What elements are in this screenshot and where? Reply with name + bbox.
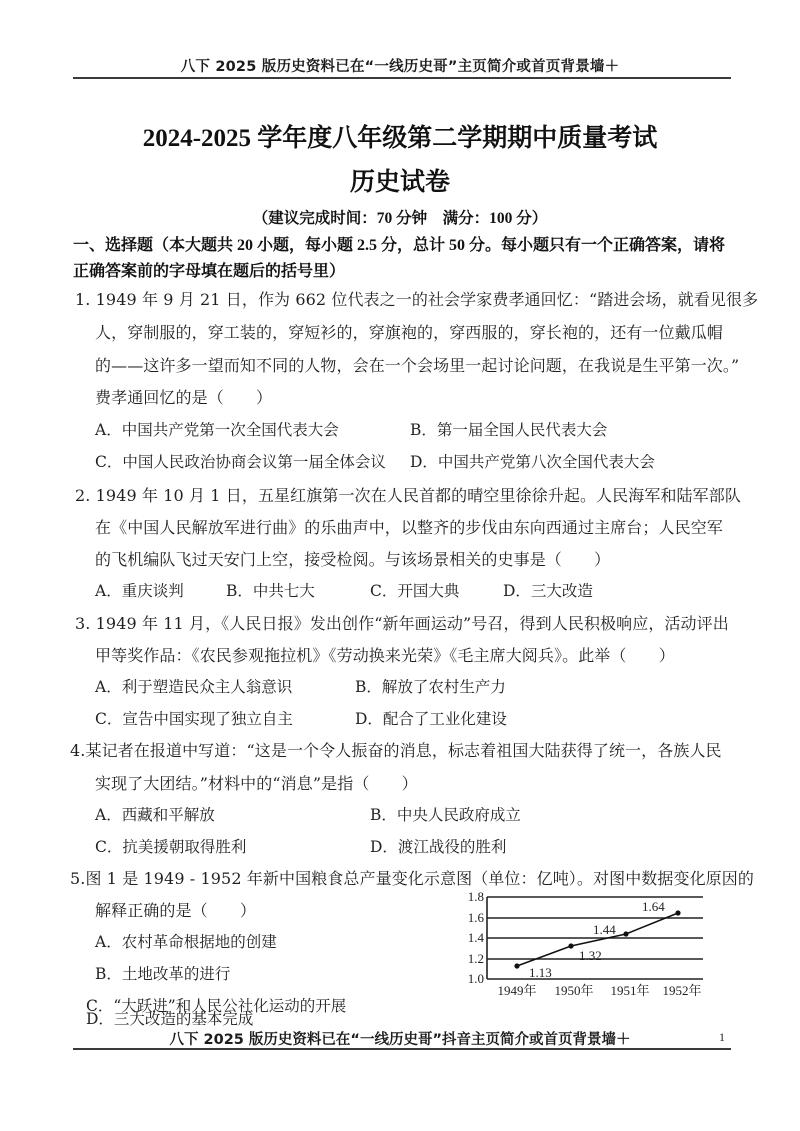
question-text-line: 解释正确的是（ ） — [95, 898, 256, 921]
question-text-line: 4.某记者在报道中写道：“这是一个令人振奋的消息，标志着祖国大陆获得了统一，各族… — [70, 738, 722, 761]
header-divider — [73, 77, 731, 79]
option-b: B．中央人民政府成立 — [370, 803, 521, 825]
option-d: D．渡江战役的胜利 — [370, 835, 506, 857]
x-axis-labels: 1949年 1950年 1951年 1952年 — [497, 983, 701, 998]
option-d: D．三大改造 — [503, 579, 593, 601]
exam-subject: 历史试卷 — [0, 162, 800, 198]
footer-divider — [73, 1048, 731, 1050]
y-tick: 1.2 — [468, 951, 484, 966]
option-a: A．中国共产党第一次全国代表大会 — [95, 418, 339, 440]
section-heading-line-1: 一、选择题（本大题共 20 小题，每小题 2.5 分，总计 50 分。每小题只有… — [73, 232, 733, 255]
question-text-line: 实现了大团结。”材料中的“消息”是指（ ） — [95, 771, 418, 794]
option-b: B．中共七大 — [226, 579, 315, 601]
question-text-line: 的飞机编队飞过天安门上空，接受检阅。与该场景相关的史事是（ ） — [95, 547, 610, 570]
option-c: C．宣告中国实现了独立自主 — [95, 707, 293, 729]
data-label-1950: 1.32 — [579, 948, 602, 963]
page-header-text: 八下 2025 版历史资料已在“一线历史哥”主页简介或首页背景墙＋ — [0, 55, 800, 76]
exam-time-hint: （建议完成时间：70 分钟 满分：100 分） — [0, 206, 800, 228]
data-label-1949: 1.13 — [529, 965, 552, 980]
option-d: D．三大改造的基本完成 — [86, 1007, 253, 1029]
data-label-1952: 1.64 — [642, 899, 665, 914]
x-tick: 1952年 — [662, 983, 701, 998]
x-tick: 1949年 — [497, 983, 536, 998]
y-axis-labels: 1.8 1.6 1.4 1.2 1.0 — [468, 889, 485, 986]
option-d: D．配合了工业化建设 — [355, 707, 507, 729]
exam-title: 2024-2025 学年度八年级第二学期期中质量考试 — [0, 118, 800, 154]
y-tick: 1.8 — [468, 889, 484, 904]
option-a: A．西藏和平解放 — [95, 803, 215, 825]
data-labels: 1.13 1.32 1.44 1.64 — [529, 899, 665, 980]
question-text-line: 的——这许多一望而知不同的人物，会在一个会场里一起讨论问题，在我说是生平第一次。… — [95, 353, 739, 376]
y-tick: 1.6 — [468, 910, 485, 925]
y-tick: 1.0 — [468, 971, 484, 986]
question-text-line: 人，穿制服的，穿工装的，穿短衫的，穿旗袍的，穿西服的，穿长袍的，还有一位戴瓜帽 — [95, 320, 723, 343]
question-text-line: 1. 1949 年 9 月 21 日，作为 662 位代表之一的社会学家费孝通回… — [75, 287, 758, 310]
option-a: A．农村革命根据地的创建 — [95, 930, 277, 952]
x-tick: 1951年 — [610, 983, 649, 998]
page-footer-text: 八下 2025 版历史资料已在“一线历史哥”抖音主页简介或首页背景墙＋ — [0, 1028, 800, 1049]
question-text-line: 在《中国人民解放军进行曲》的乐曲声中，以整齐的步伐由东向西通过主席台；人民空军 — [95, 515, 723, 538]
question-text-line: 甲等奖作品：《农民参观拖拉机》《劳动换来光荣》《毛主席大阅兵》。此举（ ） — [95, 643, 675, 666]
question-text-line: 2. 1949 年 10 月 1 日，五星红旗第一次在人民首都的晴空里徐徐升起。… — [75, 483, 741, 506]
question-text-line: 3. 1949 年 11 月，《人民日报》发出创作“新年画运动”号召，得到人民积… — [75, 611, 729, 634]
y-tick: 1.4 — [468, 930, 485, 945]
x-tick: 1950年 — [554, 983, 593, 998]
option-b: B．土地改革的进行 — [95, 962, 230, 984]
data-label-1951: 1.44 — [593, 922, 616, 937]
question-text-line: 费孝通回忆的是（ ） — [95, 385, 272, 408]
option-c: C．开国大典 — [370, 579, 459, 601]
option-a: A．重庆谈判 — [95, 579, 184, 601]
page-number: 1 — [719, 1030, 725, 1045]
option-c: C．抗美援朝取得胜利 — [95, 835, 246, 857]
option-a: A．利于塑造民众主人翁意识 — [95, 675, 292, 697]
option-c: C．中国人民政治协商会议第一届全体会议 — [95, 450, 386, 472]
grain-output-line-chart: 1.8 1.6 1.4 1.2 1.0 1.13 1.32 1.44 1.64 … — [450, 880, 730, 1010]
option-b: B．第一届全国人民代表大会 — [410, 418, 607, 440]
option-d: D．中国共产党第八次全国代表大会 — [410, 450, 655, 472]
section-heading-line-2: 正确答案前的字母填在题后的括号里） — [73, 258, 733, 281]
option-b: B．解放了农村生产力 — [355, 675, 506, 697]
